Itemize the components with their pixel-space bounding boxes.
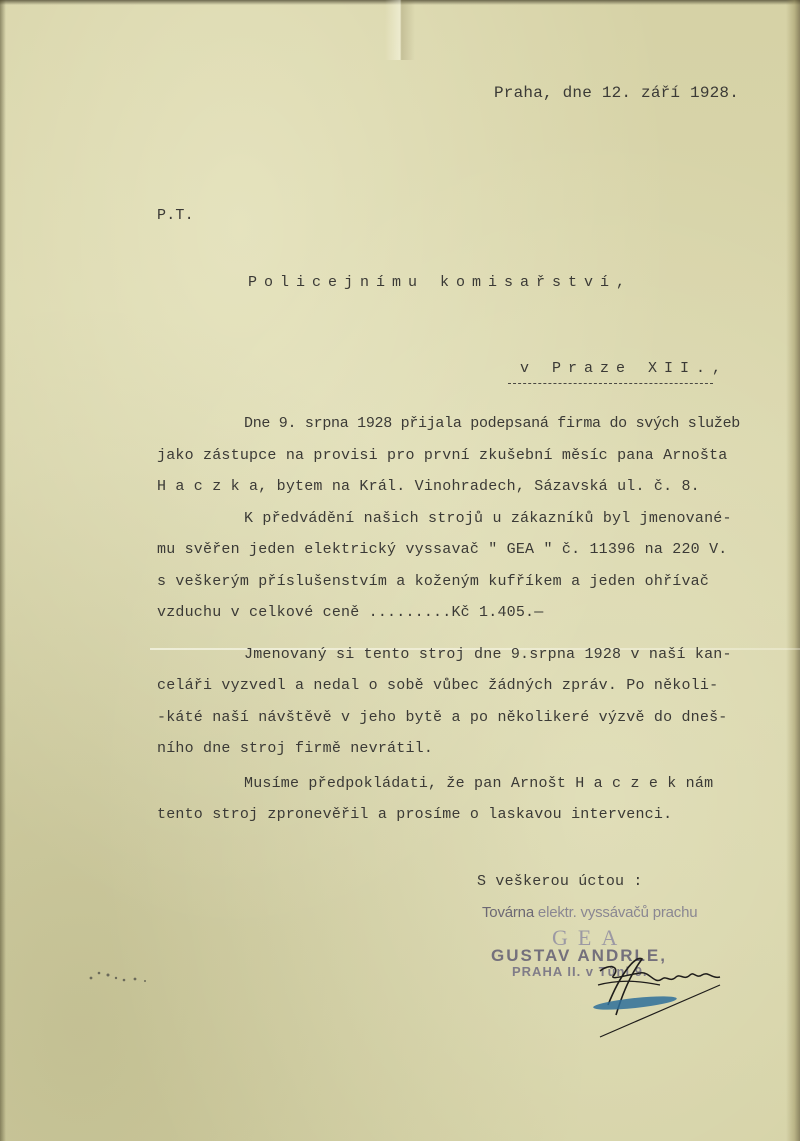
paper-tear: [385, 0, 415, 60]
paper-edge-left: [0, 0, 6, 1141]
stamp-word: elektr. vyssávačů prachu: [534, 904, 697, 921]
body-line: Dne 9. srpna 1928 přijala podepsaná firm…: [244, 415, 740, 432]
place-date: Praha, dne 12. září 1928.: [494, 84, 739, 102]
body-line: Musíme předpokládati, že pan Arnošt H a …: [244, 775, 713, 792]
letter-page: Praha, dne 12. září 1928. P.T. Policejní…: [0, 0, 800, 1141]
body-line: celáři vyzvedl a nedal o sobě vůbec žádn…: [157, 677, 718, 694]
recipient-line-2: v Praze XII.,: [520, 360, 728, 377]
body-line: s veškerým příslušenstvím a koženým kufř…: [157, 573, 709, 590]
paper-edge-right: [786, 0, 800, 1141]
body-line: vzduchu v celkové ceně .........Kč 1.405…: [157, 604, 543, 621]
body-line: K předvádění našich strojů u zákazníků b…: [244, 510, 732, 527]
ink-smudge: [83, 968, 163, 984]
recipient-underline: [508, 383, 713, 384]
body-line: mu svěřen jeden elektrický vyssavač " GE…: [157, 541, 728, 558]
salutation: P.T.: [157, 207, 194, 224]
closing: S veškerou úctou :: [477, 873, 643, 890]
body-line: ního dne stroj firmě nevrátil.: [157, 740, 433, 757]
body-line: -káté naší návštěvě v jeho bytě a po něk…: [157, 709, 728, 726]
stamp-word: Továrna: [482, 904, 534, 921]
body-line: jako zástupce na provisi pro první zkuše…: [157, 447, 728, 464]
signature-icon: [580, 945, 740, 1040]
stamp-company-line: Továrna elektr. vyssávačů prachu: [482, 904, 697, 921]
body-line: H a c z k a, bytem na Král. Vinohradech,…: [157, 478, 700, 495]
body-line: tento stroj zpronevěřil a prosíme o lask…: [157, 806, 672, 823]
recipient-line-1: Policejnímu komisařství,: [248, 274, 632, 291]
body-line: Jmenovaný si tento stroj dne 9.srpna 192…: [244, 646, 732, 663]
